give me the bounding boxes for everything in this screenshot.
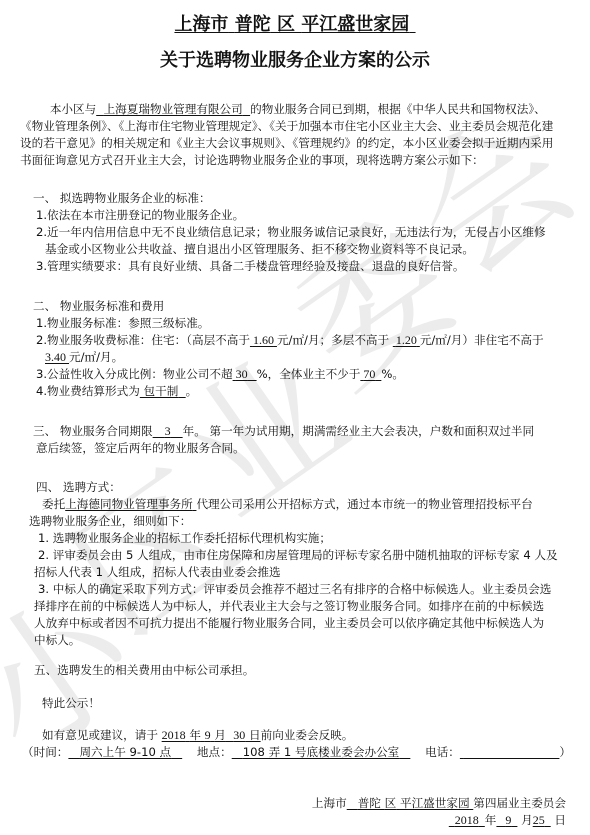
section4-item2: 2. 评审委员会由 5 人组成，由市住房保障和房屋管理局的评标专家名册中随机抽取… xyxy=(38,547,558,564)
section4-item3-cont1: 择排序在前的中标候选人为中标人，并代表业主大会与之签订物业服务合同。如排序在前的… xyxy=(34,598,544,615)
deadline-day: 30 xyxy=(233,728,245,742)
closing-notice: 特此公示！ xyxy=(42,695,100,712)
sign-year: 2018 xyxy=(455,813,479,827)
multi-story-fee: 1.20 xyxy=(396,333,417,347)
section3-line2: 意后续签，签定后两年的物业服务合同。 xyxy=(36,440,245,457)
section2-item2-cont: 3.40 元/㎡/月。 xyxy=(45,349,123,366)
section2-item4: 4.物业费结算形式为 包干制 。 xyxy=(36,383,197,400)
section1-item3: 3.管理实绩要求：具有良好业绩、具备二手楼盘管理经验及接盘、退盘的良好信誉。 xyxy=(36,258,464,275)
contact-line: （时间： 周六上午 9-10 点 地点： 108 弄 1 号底楼业委会办公室 电… xyxy=(22,744,571,761)
deadline-year: 2018 xyxy=(162,728,186,742)
deadline-month: 9 xyxy=(205,728,211,742)
title-community: 平江盛世家园 xyxy=(295,14,416,35)
section4-line2: 选聘物业服务企业，细则如下： xyxy=(29,513,191,530)
settlement-method: 包干制 xyxy=(144,384,179,398)
intro-line-3: 设的若干意见》的相关规定和《业主大会议事规则》、《管理规约》的约定，本小区业委会… xyxy=(20,135,553,152)
section1-item2-cont: 基金或小区物业公共收益、擅自退出小区管理服务、拒不移交物业资料等不良记录。 xyxy=(45,241,474,258)
sign-month: 9 xyxy=(505,813,511,827)
section2-heading: 二、 物业服务标准和费用 xyxy=(33,298,164,315)
section4-item3: 3. 中标人的确定采取下列方式：评审委员会推荐不超过三名有排序的合格中标候选人。… xyxy=(38,581,551,598)
phone-blank xyxy=(460,745,560,759)
office-location: 108 弄 1 号底楼业委会办公室 xyxy=(243,745,400,759)
non-residential-fee: 3.40 xyxy=(45,350,66,364)
section4-item3-cont2: 人放弃中标或者因不可抗力提出不能履行物业服务合同，业主委员会可以依序确定其他中标… xyxy=(34,615,544,632)
previous-company: 上海夏瑞物业管理有限公司 xyxy=(104,102,243,116)
title-district: 普陀 xyxy=(228,14,277,35)
property-share: 30 xyxy=(236,367,248,381)
section3-line1: 三、 物业服务合同期限 3 年。 第一年为试用期，期满需经业主大会表决，户数和面… xyxy=(33,423,534,440)
sign-day: 25 xyxy=(533,813,545,827)
section4-item3-cont3: 中标人。 xyxy=(34,632,80,649)
bidding-agent: 上海德同物业管理事务所 xyxy=(65,497,193,511)
high-rise-fee: 1.60 xyxy=(253,333,274,347)
title-city: 上海市 xyxy=(174,14,228,35)
signature-date: 2018 年 9 月25 日 xyxy=(449,812,566,829)
section2-item3: 3.公益性收入分成比例：物业公司不超 30 %，全体业主不少于 70 %。 xyxy=(36,366,404,383)
section1-heading: 一、 拟选聘物业服务企业的标准： xyxy=(33,190,211,207)
section1-item2: 2.近一年内信用信息中无不良业绩信息记录；物业服务诚信记录良好，无违法行为，无侵… xyxy=(36,224,546,241)
office-hours: 周六上午 9-10 点 xyxy=(79,745,171,759)
section1-item1: 1.依法在本市注册登记的物业服务企业。 xyxy=(36,207,244,224)
section4-line1: 委托上海德同物业管理事务所 代理公司采用公开招标方式，通过本市统一的物业管理招投… xyxy=(42,496,533,513)
section2-item2: 2.物业服务收费标准：住宅：（高层不高于 1.60 元/㎡/月；多层不高于 1.… xyxy=(36,332,544,349)
section4-item1: 1. 选聘物业服务企业的招标工作委托招标代理机构实施； xyxy=(38,530,331,547)
document-title: 上海市 普陀 区 平江盛世家园 xyxy=(0,10,590,36)
section4-heading: 四、 选聘方式： xyxy=(36,479,121,496)
section2-item1: 1.物业服务标准：参照三级标准。 xyxy=(36,315,209,332)
intro-line-2: 《物业管理条例》、《上海市住宅物业管理规定》、《关于加强本市住宅小区业主大会、业… xyxy=(20,118,553,135)
intro-line-1: 本小区与 上海夏瑞物业管理有限公司 的物业服务合同已到期，根据《中华人民共和国物… xyxy=(24,101,546,118)
section4-item2-cont: 招标人代表 1 人组成，招标人代表由业委会推选 xyxy=(34,564,281,581)
document-subtitle: 关于选聘物业服务企业方案的公示 xyxy=(0,46,590,72)
contract-years: 3 xyxy=(165,424,171,438)
feedback-line: 如有意见或建议，请于 2018 年 9 月 30 日前向业委会反映。 xyxy=(42,727,353,744)
title-district-suffix: 区 xyxy=(277,14,295,35)
section5-text: 五、选聘发生的相关费用由中标公司承担。 xyxy=(34,662,254,679)
notice-document: 上海市 普陀 区 平江盛世家园 关于选聘物业服务企业方案的公示 本小区与 上海夏… xyxy=(0,0,590,835)
signature-committee: 上海市 普陀 区 平江盛世家园 第四届业主委员会 xyxy=(312,795,566,812)
intro-line-4: 书面征询意见方式召开业主大会，讨论选聘物业服务企业的事项，现将选聘方案公示如下： xyxy=(20,152,484,169)
owner-share: 70 xyxy=(363,367,375,381)
